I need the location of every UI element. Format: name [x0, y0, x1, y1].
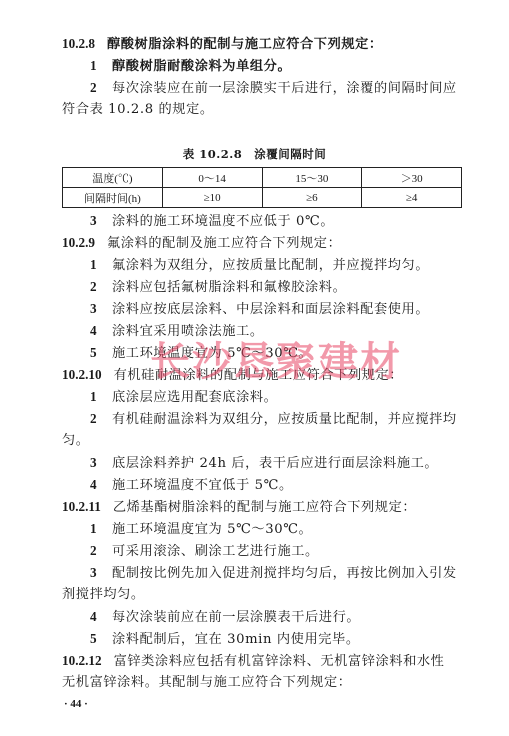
list-item: 2每次涂装应在前一层涂膜实干后进行，涂覆的间隔时间应 — [90, 79, 490, 98]
document-page: 10.2.8醇酸树脂涂料的配制与施工应符合下列规定： 1醇酸树脂耐酸涂料为单组分… — [0, 0, 509, 736]
list-item: 3涂料的施工环境温度不应低于 0℃。 — [90, 212, 490, 231]
table-row: 间隔时间(h) ≥10 ≥6 ≥4 — [63, 188, 462, 208]
list-item: 1施工环境温度宜为 5℃～30℃。 — [90, 520, 490, 539]
list-item: 2涂料应包括氟树脂涂料和氟橡胶涂料。 — [90, 278, 490, 297]
list-item: 3配制按比例先加入促进剂搅拌均匀后，再按比例加入引发 — [90, 564, 490, 583]
list-item: 3涂料应按底层涂料、中层涂料和面层涂料配套使用。 — [90, 300, 490, 319]
table-caption: 表 10.2.8 涂覆间隔时间 — [0, 146, 509, 162]
section-heading-10-2-12: 10.2.12富锌类涂料应包括有机富锌涂料、无机富锌涂料和水性 — [62, 652, 462, 671]
list-item: 4每次涂装前应在前一层涂膜表干后进行。 — [90, 608, 490, 627]
section-heading-10-2-9: 10.2.9氟涂料的配制及施工应符合下列规定： — [62, 234, 462, 253]
list-item: 1醇酸树脂耐酸涂料为单组分。 — [90, 57, 490, 76]
list-item-continuation: 匀。 — [62, 432, 462, 450]
list-item: 2可采用滚涂、刷涂工艺进行施工。 — [90, 542, 490, 561]
section-heading-10-2-11: 10.2.11乙烯基酯树脂涂料的配制与施工应符合下列规定： — [62, 498, 462, 517]
page-number: · 44 · — [64, 698, 88, 710]
section-heading-10-2-8: 10.2.8醇酸树脂涂料的配制与施工应符合下列规定： — [62, 35, 462, 54]
list-item: 5涂料配制后，宜在 30min 内使用完毕。 — [90, 630, 490, 649]
list-item: 2有机硅耐温涂料为双组分，应按质量比配制，并应搅拌均 — [90, 410, 490, 429]
section-title: 醇酸树脂涂料的配制与施工应符合下列规定： — [107, 37, 383, 52]
list-item: 3底层涂料养护 24h 后，表干后应进行面层涂料施工。 — [90, 454, 490, 473]
list-item: 4施工环境温度不宜低于 5℃。 — [90, 476, 490, 495]
list-item-continuation: 符合表 10.2.8 的规定。 — [62, 101, 462, 119]
list-item-continuation: 剂搅拌均匀。 — [62, 586, 462, 604]
list-item: 4涂料宜采用喷涂法施工。 — [90, 322, 490, 341]
section-continuation: 无机富锌涂料。其配制与施工应符合下列规定： — [62, 674, 462, 692]
list-item: 1氟涂料为双组分，应按质量比配制，并应搅拌均匀。 — [90, 256, 490, 275]
list-item: 1底涂层应选用配套底涂料。 — [90, 388, 490, 407]
section-number: 10.2.8 — [62, 35, 95, 53]
table-row: 温度(℃) 0～14 15～30 ＞30 — [63, 168, 462, 188]
list-item: 5施工环境温度宜为 5℃～30℃。 — [90, 344, 490, 363]
section-heading-10-2-10: 10.2.10有机硅耐温涂料的配制与施工应符合下列规定： — [62, 366, 462, 385]
interval-table: 温度(℃) 0～14 15～30 ＞30 间隔时间(h) ≥10 ≥6 ≥4 — [62, 167, 462, 208]
